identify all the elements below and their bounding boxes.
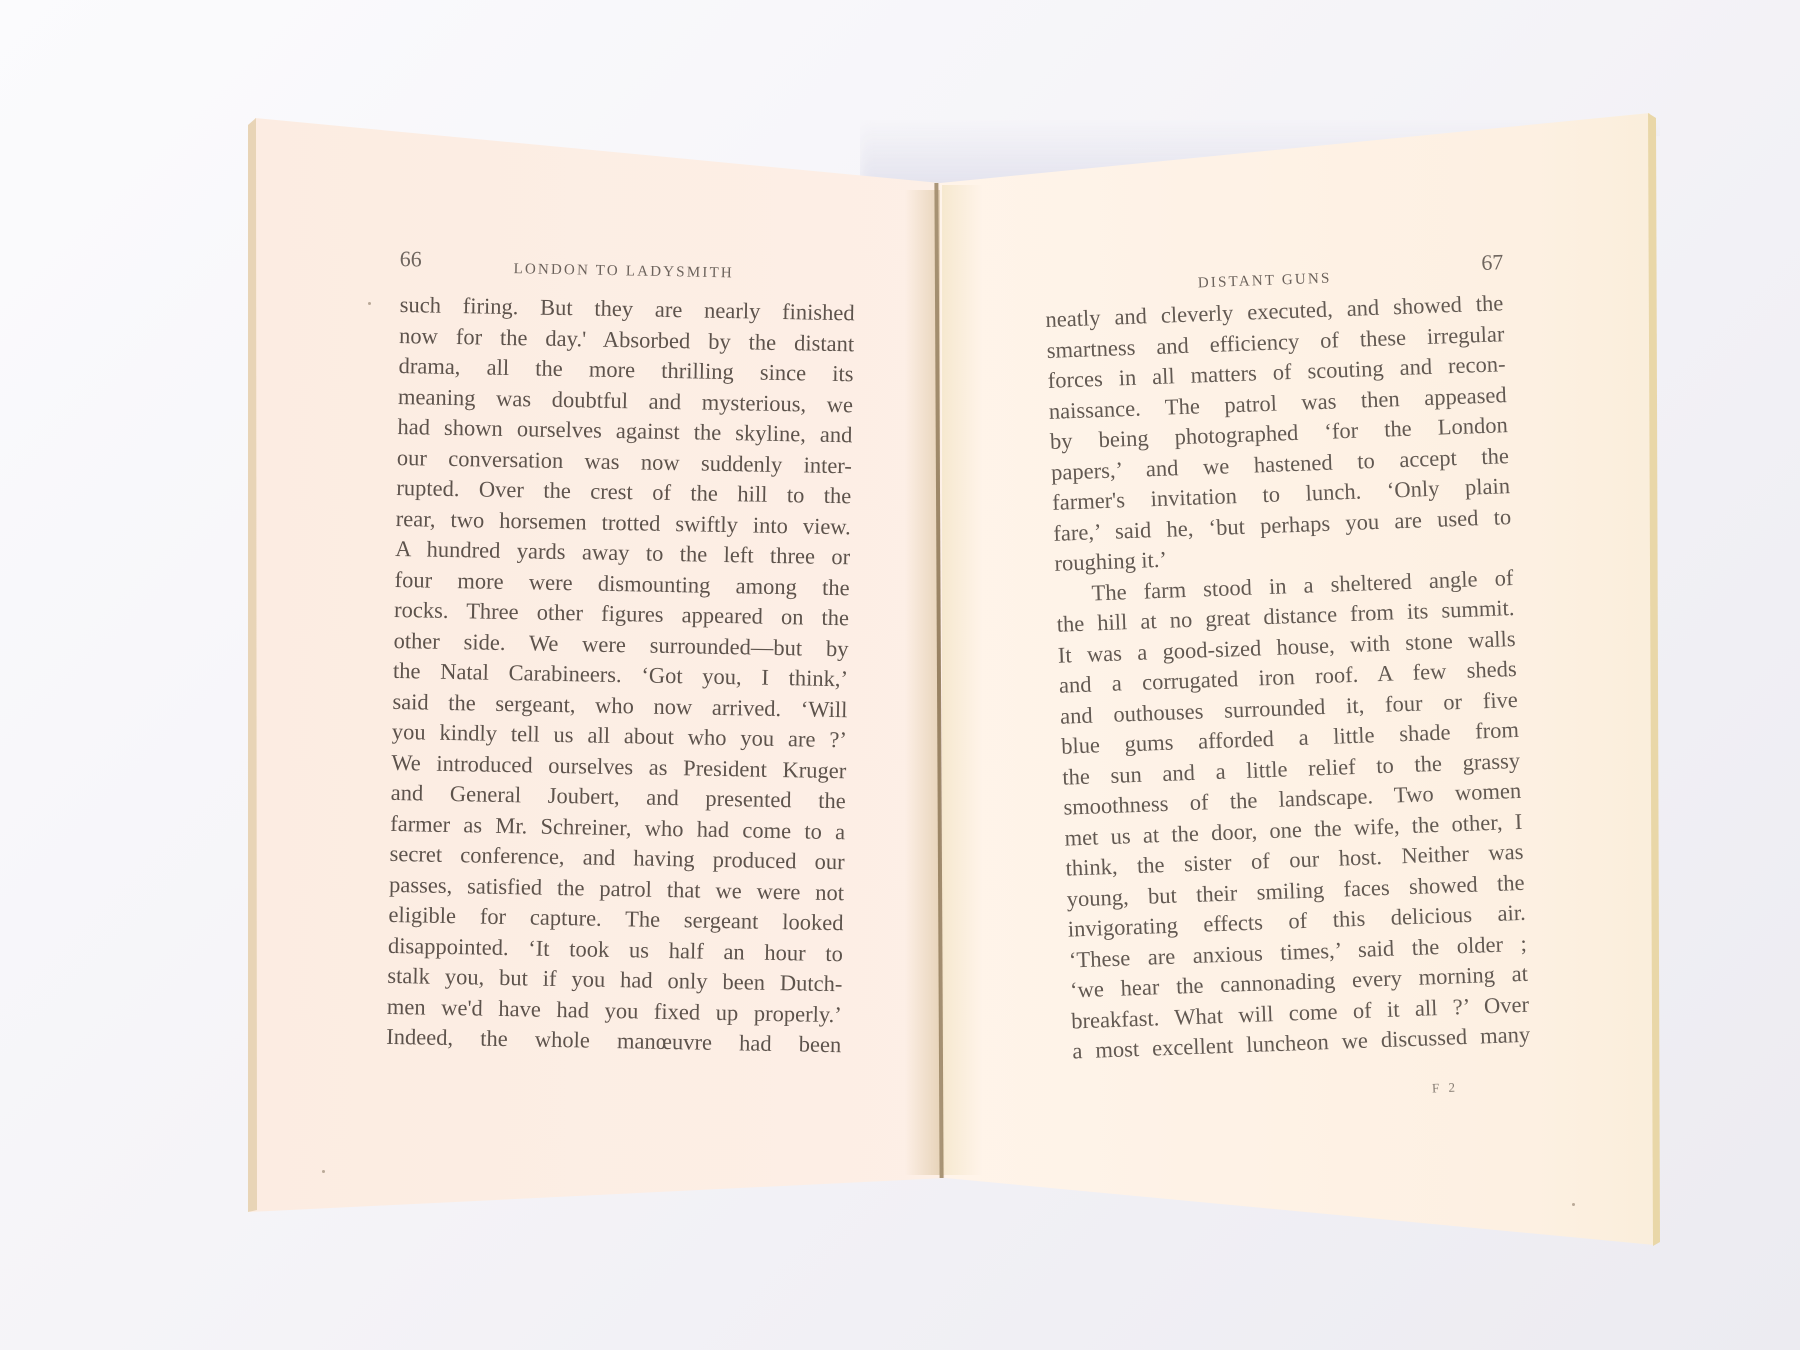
gutter-highlight <box>942 185 982 1175</box>
right-page-body: neatly and cleverly executed, and showed… <box>1045 288 1531 1067</box>
left-page-body: such firing. But they are nearly finishe… <box>386 290 855 1061</box>
paper-speck <box>1572 1203 1575 1206</box>
page-number-left: 66 <box>399 244 422 275</box>
printer-signature-mark: F 2 <box>1432 1080 1459 1097</box>
page-number-right: 67 <box>1481 247 1504 278</box>
running-head-left: LONDON TO LADYSMITH <box>513 254 734 289</box>
paper-speck <box>368 302 371 305</box>
running-head-right: DISTANT GUNS <box>1197 264 1332 299</box>
paper-speck <box>322 1170 325 1173</box>
